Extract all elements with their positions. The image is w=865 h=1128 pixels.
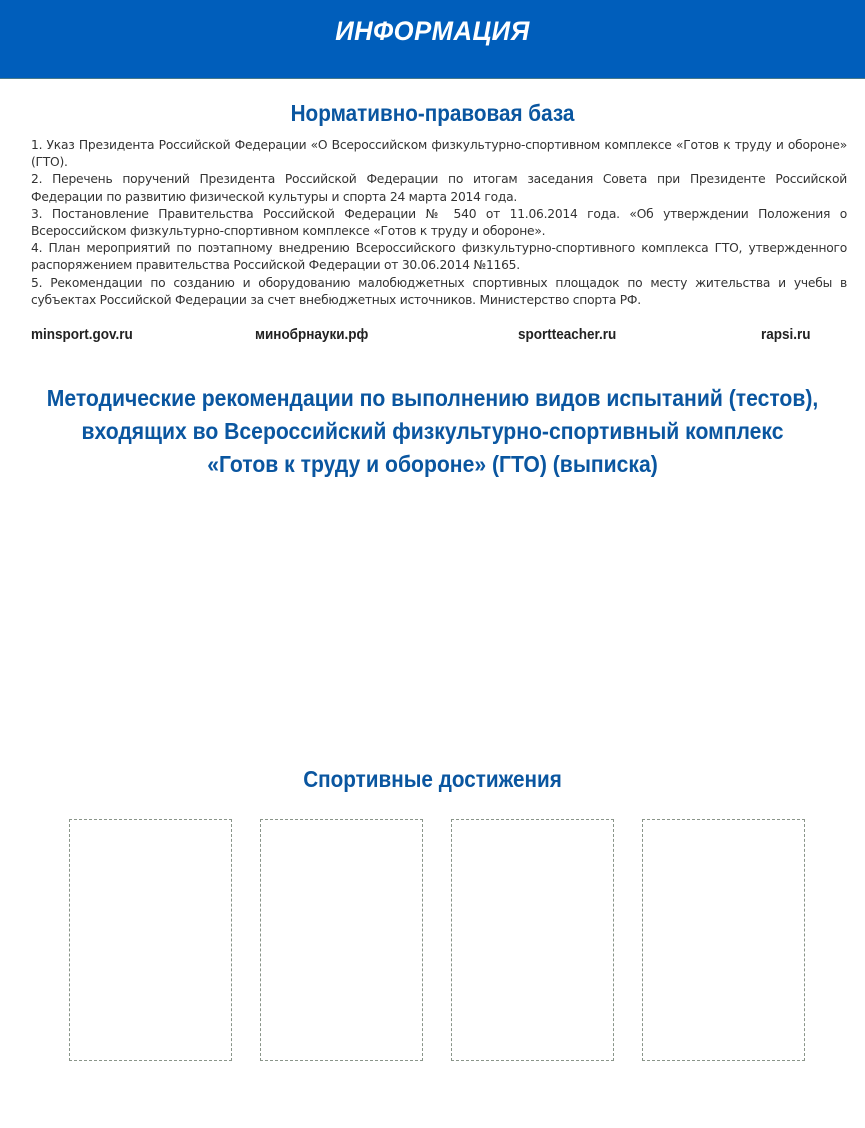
normative-item: 5. Рекомендации по созданию и оборудован… — [31, 275, 847, 309]
methodical-heading: Методические рекомендации по выполнению … — [43, 382, 822, 481]
link-sportteacher[interactable]: sportteacher.ru — [518, 326, 616, 343]
link-minsport[interactable]: minsport.gov.ru — [31, 326, 133, 343]
links-row: minsport.gov.ru минобрнауки.рф sportteac… — [0, 326, 865, 346]
normative-list: 1. Указ Президента Российской Федерации … — [31, 137, 847, 309]
header-title: ИНФОРМАЦИЯ — [22, 16, 844, 47]
methodical-heading-line: Методические рекомендации по выполнению … — [43, 382, 822, 415]
normative-item: 2. Перечень поручений Президента Российс… — [31, 171, 847, 205]
achievement-frame — [451, 819, 614, 1061]
link-minobrnauki[interactable]: минобрнауки.рф — [255, 326, 368, 343]
link-rapsi[interactable]: rapsi.ru — [761, 326, 811, 343]
achievements-heading: Спортивные достижения — [43, 766, 822, 793]
normative-item: 3. Постановление Правительства Российско… — [31, 206, 847, 240]
methodical-heading-line: «Готов к труду и обороне» (ГТО) (выписка… — [43, 448, 822, 481]
header-banner: ИНФОРМАЦИЯ — [0, 0, 865, 79]
normative-base-heading: Нормативно-правовая база — [43, 100, 822, 127]
normative-item: 1. Указ Президента Российской Федерации … — [31, 137, 847, 171]
achievement-frame — [260, 819, 423, 1061]
achievement-frame — [69, 819, 232, 1061]
methodical-heading-line: входящих во Всероссийский физкультурно-с… — [43, 415, 822, 448]
normative-item: 4. План мероприятий по поэтапному внедре… — [31, 240, 847, 274]
achievement-frame — [642, 819, 805, 1061]
